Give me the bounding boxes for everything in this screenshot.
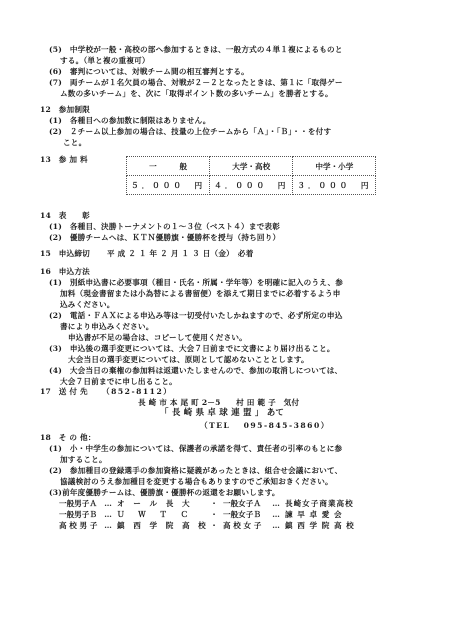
section-18-item-3: (3)前年度優勝チームは、優勝旗・優勝杯の返還をお願いします。 (49, 487, 280, 498)
section-18-title: 18 そ の 他： (40, 432, 96, 443)
rule-item-6: (6) 審判については、対戦チーム間の相互審判とする。 (49, 66, 249, 77)
section-18-item-2-cont: 協議検討のうえ参加種目を変更する場合もありますのでご承知おきください。 (60, 476, 333, 487)
rule-item-7-cont: ム数の多いチーム」を、次に「取得ポイント数の多いチーム」を勝者とする。 (60, 88, 333, 99)
section-18-item-1-cont: 加すること。 (60, 454, 107, 465)
winner-category: 一般女子Ｂ (223, 509, 267, 520)
winner-category: 一般女子Ａ (223, 498, 267, 509)
leader-dots: … (99, 498, 117, 509)
previous-winners-list: 一般男子Ａ … オ ー ル 長 大 ・ 一般女子Ａ … 長崎女子商業高校 一般男… (59, 498, 365, 531)
fee-value-general: ５．０００ 円 (127, 176, 210, 195)
fee-value-junior-elementary: ３．０００ 円 (293, 176, 376, 195)
winner-category: 高 校 女 子 (223, 520, 267, 531)
fee-header-university-highschool: 大学・高校 (210, 157, 293, 176)
separator-dot: ・ (205, 509, 223, 520)
winner-row: 一般男子Ｂ … Ｕ Ｗ Ｔ Ｃ ・ 一般女子Ｂ … 諫 早 卓 愛 会 (59, 509, 365, 520)
section-16-item-1-cont2: 込みください。 (60, 299, 115, 310)
organization-name: 「 長 崎 県 卓 球 連 盟 」 あて (160, 408, 284, 419)
section-16-item-3: (3) 申込後の選手変更については、大会７日前までに文書により届け出ること。 (49, 343, 335, 354)
section-16-item-4: (4) 大会当日の棄権の参加料は返還いたしませんので、参加の取消しについては、 (49, 365, 342, 376)
application-deadline: 平 成 ２ １ 年 ２ 月 １ ３ 日（金） 必着 (107, 248, 254, 259)
section-15-title: 15 申込締切 (40, 248, 90, 259)
winner-team: 鎮 西 学 院 高 校 (117, 520, 205, 531)
fee-header-junior-elementary: 中学・小学 (293, 157, 376, 176)
section-16-item-2-cont1: 書により申込みください。 (60, 321, 154, 332)
telephone: （TEL 095-845-3860） (200, 420, 330, 431)
fee-header-general: 一 般 (127, 157, 210, 176)
section-14-item-1: (1) 各種目、決勝トーナメントの１～３位（ベスト４）まで表彰 (49, 221, 280, 232)
leader-dots: … (267, 498, 285, 509)
winner-category: 一般男子Ａ (59, 498, 99, 509)
fee-table: 一 般 大学・高校 中学・小学 ５．０００ 円 ４．０００ 円 ３．０００ 円 (126, 156, 376, 195)
winner-row: 一般男子Ａ … オ ー ル 長 大 ・ 一般女子Ａ … 長崎女子商業高校 (59, 498, 365, 509)
section-18-item-2: (2) 参加種目の登録選手の参加資格に疑義があったときは、組合せ会議において、 (49, 465, 342, 476)
section-16-title: 16 申込方法 (40, 266, 90, 277)
leader-dots: … (267, 520, 285, 531)
section-12-title: 12 参加制限 (40, 104, 90, 115)
mailing-address: 長 崎 市 本 尾 町 2－5 村 田 範 子 気付 (138, 397, 299, 408)
section-16-item-2-cont2: 申込書が不足の場合は、コピーして使用ください。 (68, 332, 247, 343)
winner-team: Ｕ Ｗ Ｔ Ｃ (117, 509, 205, 520)
fee-table-header-row: 一 般 大学・高校 中学・小学 (127, 157, 376, 176)
rule-item-7: (7) 両チームが１名欠員の場合、対戦が２－２となったときは、第１に「取得ゲー (49, 77, 343, 88)
winner-category: 一般男子Ｂ (59, 509, 99, 520)
winner-team: オ ー ル 長 大 (117, 498, 205, 509)
separator-dot: ・ (205, 498, 223, 509)
section-16-item-1-cont1: 加料（現金書留または小為替による書留便）を添えて期日までに必着するよう申 (60, 288, 341, 299)
section-13-title: 13 参 加 料 (40, 154, 88, 165)
rule-item-5: (5) 中学校が一般・高校の部へ参加するときは、一般方式の４単１複によるものと (49, 44, 343, 55)
fee-value-university-highschool: ４．０００ 円 (210, 176, 293, 195)
document-page: (5) 中学校が一般・高校の部へ参加するときは、一般方式の４単１複によるものと … (0, 0, 452, 640)
section-12-item-2: (2) ２チーム以上参加の場合は、技量の上位チームから「Ａ」・「Ｂ」・・を付す (49, 126, 331, 137)
section-16-item-1: (1) 別紙申込書に必要事項（種目・氏名・所属・学年等）を明確に記入のうえ、参 (49, 277, 343, 288)
section-14-title: 14 表 彰 (40, 210, 90, 221)
section-12-item-1: (1) 各種目への参加数に制限はありません。 (49, 115, 211, 126)
winner-team: 諫 早 卓 愛 会 (285, 509, 365, 520)
winner-category: 高 校 男 子 (59, 520, 99, 531)
section-16-item-3-cont: 大会当日の選手変更については、原則として認めないこととします。 (68, 354, 309, 365)
winner-team: 長崎女子商業高校 (285, 498, 365, 509)
winner-row: 高 校 男 子 … 鎮 西 学 院 高 校 ・ 高 校 女 子 … 鎮 西 学 … (59, 520, 365, 531)
rule-item-5-cont: する。（単と複の重複可） (60, 55, 150, 66)
leader-dots: … (99, 509, 117, 520)
section-18-item-1: (1) 小・中学生の参加については、保護者の承諾を得て、責任者の引率のもとに参 (49, 443, 342, 454)
section-12-item-2-cont: こと。 (63, 137, 86, 148)
section-17-title: 17 送 付 先 (40, 386, 88, 397)
leader-dots: … (99, 520, 117, 531)
section-14-item-2: (2) 優勝チームへは、ＫＴＮ優勝旗・優勝杯を授与（持ち回り） (49, 232, 280, 243)
postal-code: （852-8112） (102, 386, 172, 397)
winner-team: 鎮 西 学 院 高 校 (285, 520, 365, 531)
leader-dots: … (267, 509, 285, 520)
fee-table-value-row: ５．０００ 円 ４．０００ 円 ３．０００ 円 (127, 176, 376, 195)
section-16-item-2: (2) 電話・ＦＡＸによる申込み等は一切受付いたしかねますので、必ず所定の申込 (49, 310, 343, 321)
separator-dot: ・ (205, 520, 223, 531)
